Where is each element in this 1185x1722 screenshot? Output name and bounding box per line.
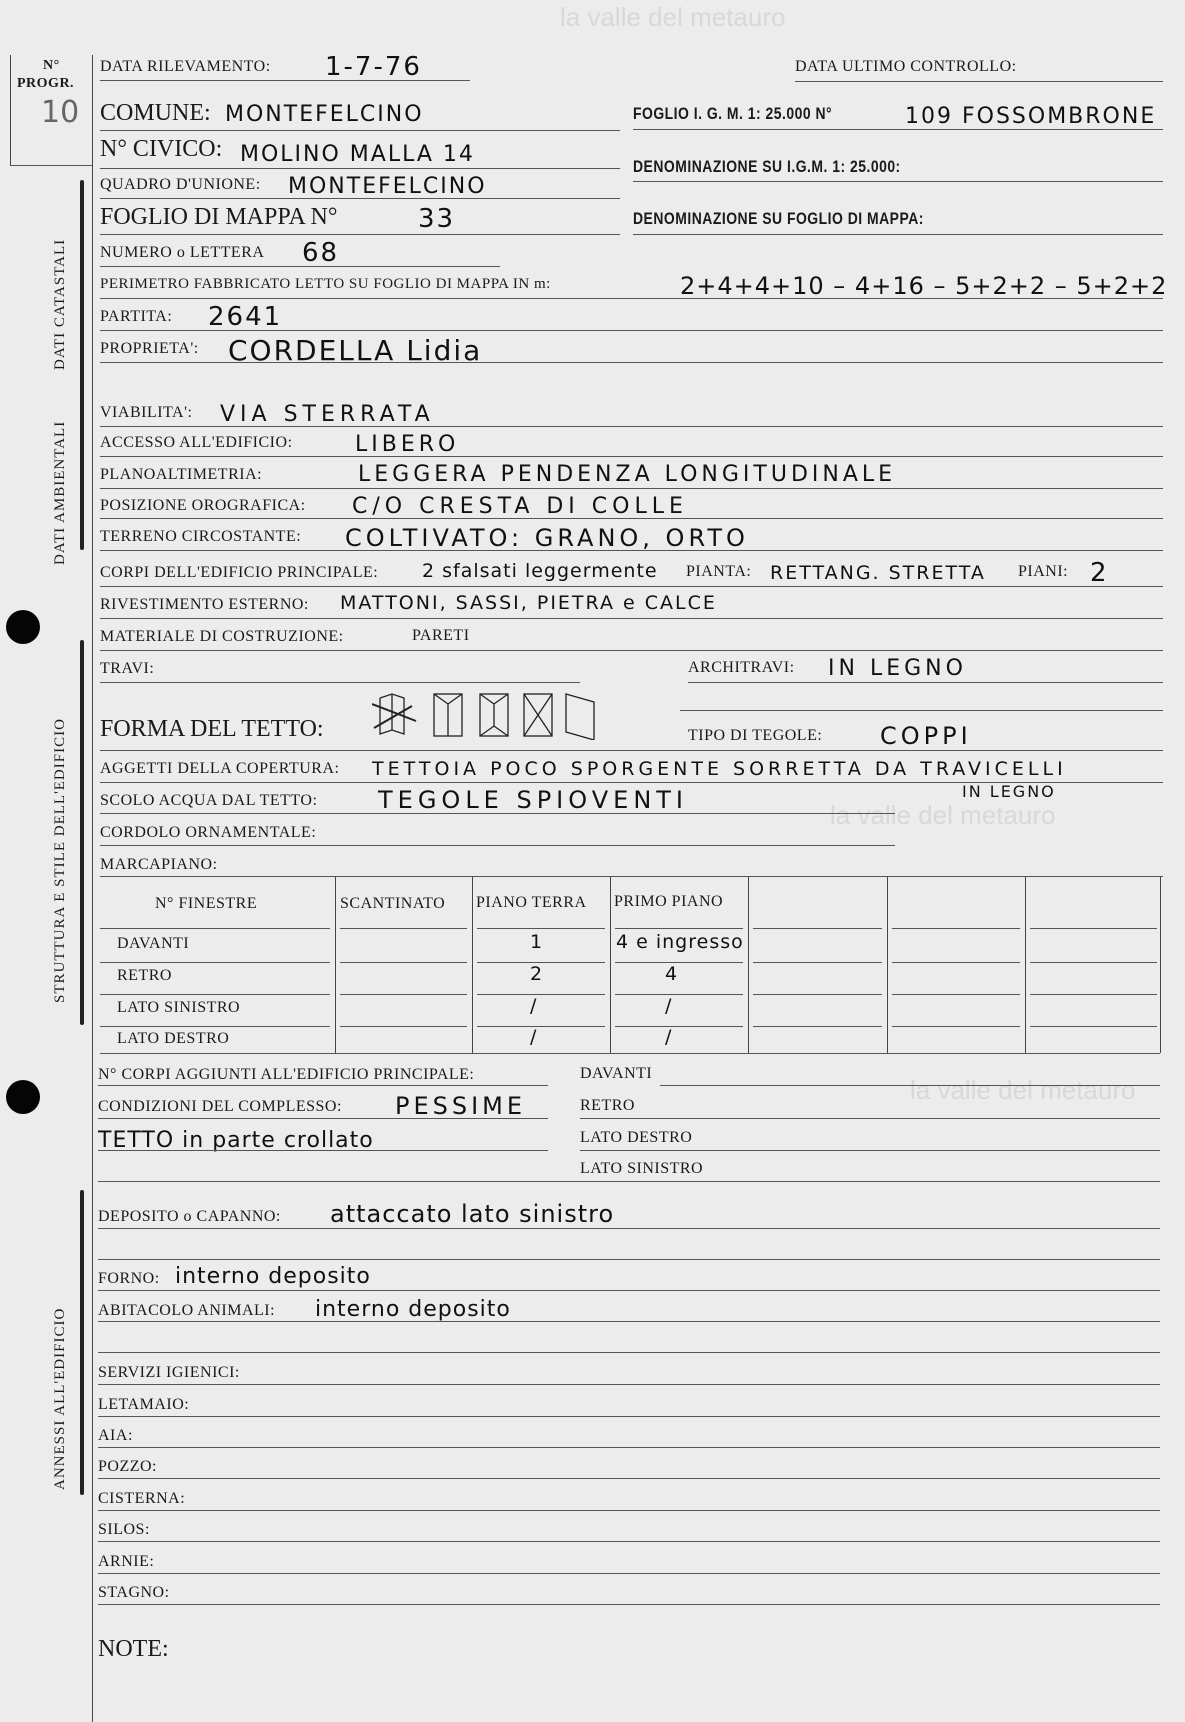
aia-label: AIA: bbox=[98, 1427, 133, 1445]
section-dati-catastali: DATI CATASTALI bbox=[52, 239, 69, 370]
underline bbox=[660, 1085, 1160, 1086]
gable-icon[interactable] bbox=[372, 694, 416, 734]
arnie-label: ARNIE: bbox=[98, 1553, 154, 1571]
corpi-aggiunti-label: N° CORPI AGGIUNTI ALL'EDIFICIO PRINCIPAL… bbox=[98, 1066, 474, 1084]
cell-primo-piano[interactable]: / bbox=[665, 995, 672, 1017]
underline bbox=[98, 1384, 1160, 1385]
table-rule bbox=[753, 962, 882, 963]
corpi-label: CORPI DELL'EDIFICIO PRINCIPALE: bbox=[100, 564, 378, 582]
table-rule bbox=[340, 962, 467, 963]
numero-value[interactable]: 68 bbox=[302, 238, 339, 268]
divider bbox=[10, 165, 92, 166]
underline bbox=[580, 1118, 1160, 1119]
pianta-value[interactable]: RETTANG. STRETTA bbox=[770, 562, 986, 584]
cell-primo-piano[interactable]: / bbox=[665, 1026, 672, 1048]
table-rule bbox=[477, 1026, 605, 1027]
underline bbox=[100, 168, 620, 169]
underline bbox=[100, 750, 1163, 751]
data-rilevamento-value[interactable]: 1-7-76 bbox=[325, 52, 422, 82]
underline bbox=[100, 488, 1163, 489]
underline bbox=[100, 198, 620, 199]
civico-value[interactable]: MOLINO MALLA 14 bbox=[240, 142, 475, 167]
cisterna-label: CISTERNA: bbox=[98, 1490, 185, 1508]
abitacolo-label: ABITACOLO ANIMALI: bbox=[98, 1302, 275, 1320]
data-ultimo-controllo-label: DATA ULTIMO CONTROLLO: bbox=[795, 58, 1017, 76]
corpi-retro-label: RETRO bbox=[580, 1097, 635, 1115]
piani-value[interactable]: 2 bbox=[1090, 558, 1109, 588]
table-rule bbox=[892, 928, 1020, 929]
cell-piano-terra[interactable]: / bbox=[530, 995, 537, 1017]
table-rule bbox=[753, 928, 882, 929]
watermark: la valle del metauro bbox=[560, 2, 785, 33]
underline bbox=[98, 1447, 1160, 1448]
aggetti-value-cont[interactable]: IN LEGNO bbox=[962, 782, 1056, 801]
table-rule bbox=[892, 1026, 1020, 1027]
underline bbox=[100, 234, 620, 235]
table-rule bbox=[1030, 928, 1157, 929]
servizi-label: SERVIZI IGIENICI: bbox=[98, 1364, 240, 1382]
materiale-label: MATERIALE DI COSTRUZIONE: bbox=[100, 628, 344, 646]
civico-label: N° CIVICO: bbox=[100, 136, 222, 163]
deposito-value[interactable]: attaccato lato sinistro bbox=[330, 1200, 614, 1228]
table-rule bbox=[892, 994, 1020, 995]
section-annessi: ANNESSI ALL'EDIFICIO bbox=[52, 1308, 69, 1490]
silos-label: SILOS: bbox=[98, 1521, 150, 1539]
cell-piano-terra[interactable]: 2 bbox=[530, 963, 543, 985]
row-label: RETRO bbox=[117, 967, 172, 985]
section-brace bbox=[80, 180, 84, 550]
underline bbox=[98, 1228, 1160, 1229]
underline bbox=[98, 1321, 1160, 1322]
underline bbox=[633, 129, 1163, 130]
accesso-value[interactable]: LIBERO bbox=[355, 432, 459, 457]
comune-value[interactable]: MONTEFELCINO bbox=[225, 102, 424, 127]
note-label: NOTE: bbox=[98, 1636, 169, 1663]
rivestimento-label: RIVESTIMENTO ESTERNO: bbox=[100, 596, 309, 614]
section-struttura: STRUTTURA E STILE DELL'EDIFICIO bbox=[52, 718, 69, 1003]
margin-rule bbox=[92, 55, 93, 1722]
hip-icon[interactable] bbox=[480, 694, 508, 736]
table-rule bbox=[892, 962, 1020, 963]
punch-hole bbox=[6, 1080, 40, 1114]
partita-label: PARTITA: bbox=[100, 308, 172, 326]
underline bbox=[98, 1416, 1160, 1417]
data-rilevamento-label: DATA RILEVAMENTO: bbox=[100, 58, 271, 76]
underline bbox=[633, 234, 1163, 235]
row-label: LATO DESTRO bbox=[117, 1030, 229, 1048]
quadro-label: QUADRO D'UNIONE: bbox=[100, 176, 261, 194]
cordolo-label: CORDOLO ORNAMENTALE: bbox=[100, 824, 316, 842]
progr-label: PROGR. bbox=[17, 76, 74, 92]
roof-shapes bbox=[372, 690, 602, 740]
table-rule bbox=[100, 1026, 330, 1027]
tipo-tegole-value[interactable]: COPPI bbox=[880, 722, 972, 750]
row-label: DAVANTI bbox=[117, 935, 189, 953]
abitacolo-value[interactable]: interno deposito bbox=[315, 1297, 511, 1322]
underline bbox=[795, 81, 1163, 82]
underline bbox=[98, 1150, 548, 1151]
accesso-label: ACCESSO ALL'EDIFICIO: bbox=[100, 434, 293, 452]
underline bbox=[100, 618, 1163, 619]
foglio-mappa-label: FOGLIO DI MAPPA N° bbox=[100, 204, 337, 231]
watermark: la valle del metauro bbox=[830, 800, 1055, 831]
section-dati-ambientali: DATI AMBIENTALI bbox=[52, 421, 69, 565]
underline bbox=[680, 710, 1163, 711]
underline bbox=[100, 298, 1163, 299]
progr-value[interactable]: 10 bbox=[41, 95, 79, 130]
corpi-lato-sinistro-label: LATO SINISTRO bbox=[580, 1160, 703, 1178]
table-header: PRIMO PIANO bbox=[614, 893, 723, 911]
underline bbox=[100, 362, 1163, 363]
scolo-value[interactable]: TEGOLE SPIOVENTI bbox=[378, 786, 688, 814]
table-rule bbox=[615, 962, 743, 963]
cell-piano-terra[interactable]: / bbox=[530, 1026, 537, 1048]
corpi-value[interactable]: 2 sfalsati leggermente bbox=[422, 560, 658, 582]
watermark: la valle del metauro bbox=[910, 1075, 1135, 1106]
underline bbox=[98, 1085, 548, 1086]
letamaio-label: LETAMAIO: bbox=[98, 1396, 189, 1414]
plano-value[interactable]: LEGGERA PENDENZA LONGITUDINALE bbox=[358, 462, 896, 487]
table-rule bbox=[477, 994, 605, 995]
underline bbox=[100, 518, 1163, 519]
underline bbox=[100, 586, 1163, 587]
underline bbox=[580, 1150, 1160, 1151]
underline bbox=[98, 1290, 1160, 1291]
underline bbox=[100, 682, 580, 683]
viabilita-label: VIABILITA': bbox=[100, 404, 192, 422]
punch-hole bbox=[6, 610, 40, 644]
posizione-label: POSIZIONE OROGRAFICA: bbox=[100, 497, 306, 515]
aggetti-value[interactable]: TETTOIA POCO SPORGENTE SORRETTA DA TRAVI… bbox=[372, 758, 1067, 780]
corpi-davanti-label: DAVANTI bbox=[580, 1065, 652, 1083]
tipo-tegole-label: TIPO DI TEGOLE: bbox=[688, 727, 822, 745]
stagno-label: STAGNO: bbox=[98, 1584, 170, 1602]
table-rule bbox=[1030, 994, 1157, 995]
corpi-lato-destro-label: LATO DESTRO bbox=[580, 1129, 692, 1147]
terreno-value[interactable]: COLTIVATO: GRANO, ORTO bbox=[345, 524, 749, 552]
underline bbox=[98, 1352, 1160, 1353]
row-label: LATO SINISTRO bbox=[117, 999, 240, 1017]
condizioni-value[interactable]: PESSIME bbox=[395, 1092, 526, 1120]
underline bbox=[98, 1573, 1160, 1574]
perimetro-label: PERIMETRO FABBRICATO LETTO SU FOGLIO DI … bbox=[100, 276, 551, 293]
pianta-label: PIANTA: bbox=[686, 563, 751, 581]
progr-box: N° PROGR. 10 bbox=[10, 55, 93, 165]
forno-label: FORNO: bbox=[98, 1270, 160, 1288]
cell-primo-piano[interactable]: 4 e ingresso bbox=[616, 931, 744, 953]
forma-tetto-label: FORMA DEL TETTO: bbox=[100, 716, 324, 743]
underline bbox=[100, 876, 1163, 877]
posizione-value[interactable]: C/O CRESTA DI COLLE bbox=[352, 494, 688, 519]
underline bbox=[98, 1478, 1160, 1479]
underline bbox=[98, 1118, 548, 1119]
underline bbox=[98, 1181, 1160, 1182]
table-header: N° FINESTRE bbox=[155, 895, 257, 913]
table-rule bbox=[753, 994, 882, 995]
cell-piano-terra[interactable]: 1 bbox=[530, 931, 543, 953]
underline bbox=[100, 813, 895, 814]
pozzo-label: POZZO: bbox=[98, 1458, 157, 1476]
denom-igm-label: DENOMINAZIONE SU I.G.M. 1: 25.000: bbox=[633, 157, 901, 177]
table-rule bbox=[100, 994, 330, 995]
underline bbox=[100, 330, 1163, 331]
foglio-igm-label: FOGLIO I. G. M. 1: 25.000 N° bbox=[633, 104, 832, 124]
section-brace bbox=[80, 1190, 84, 1495]
underline bbox=[100, 80, 470, 81]
underline bbox=[633, 181, 1163, 182]
table-rule bbox=[477, 928, 605, 929]
underline bbox=[100, 845, 895, 846]
pyramid-icon[interactable] bbox=[524, 694, 552, 736]
table-rule bbox=[340, 994, 467, 995]
underline bbox=[100, 426, 1163, 427]
shed-icon[interactable] bbox=[566, 694, 594, 740]
cell-primo-piano[interactable]: 4 bbox=[665, 963, 678, 985]
section-brace bbox=[80, 640, 84, 1025]
underline bbox=[100, 266, 500, 267]
scolo-label: SCOLO ACQUA DAL TETTO: bbox=[100, 792, 317, 810]
materiale-sub-label: PARETI bbox=[412, 627, 470, 645]
marcapiano-label: MARCAPIANO: bbox=[100, 856, 218, 874]
travi-label: TRAVI: bbox=[100, 660, 154, 678]
table-rule bbox=[100, 928, 330, 929]
underline bbox=[688, 682, 1163, 683]
underline bbox=[100, 550, 1163, 551]
table-header: SCANTINATO bbox=[340, 895, 445, 913]
deposito-label: DEPOSITO o CAPANNO: bbox=[98, 1208, 281, 1226]
foglio-mappa-value[interactable]: 33 bbox=[418, 204, 455, 234]
terreno-label: TERRENO CIRCOSTANTE: bbox=[100, 528, 301, 546]
table-rule bbox=[615, 1026, 743, 1027]
underline bbox=[98, 1604, 1160, 1605]
proprieta-label: PROPRIETA': bbox=[100, 340, 199, 358]
piani-label: PIANI: bbox=[1018, 563, 1068, 581]
progr-label: N° bbox=[43, 58, 60, 74]
underline bbox=[100, 456, 1163, 457]
table-header: PIANO TERRA bbox=[476, 894, 587, 912]
aggetti-label: AGGETTI DELLA COPERTURA: bbox=[100, 760, 339, 778]
table-rule bbox=[615, 928, 743, 929]
comune-label: COMUNE: bbox=[100, 100, 211, 127]
table-rule bbox=[615, 994, 743, 995]
perimetro-value[interactable]: 2+4+4+10 – 4+16 – 5+2+2 – 5+2+2 bbox=[680, 272, 1167, 300]
viabilita-value[interactable]: VIA STERRATA bbox=[220, 402, 435, 427]
table-rule bbox=[100, 962, 330, 963]
architravi-label: ARCHITRAVI: bbox=[688, 659, 795, 677]
quadro-value[interactable]: MONTEFELCINO bbox=[288, 174, 487, 199]
table-rule bbox=[1030, 962, 1157, 963]
underline bbox=[98, 1541, 1160, 1542]
underline bbox=[98, 1510, 1160, 1511]
denom-mappa-label: DENOMINAZIONE SU FOGLIO DI MAPPA: bbox=[633, 209, 924, 229]
partita-value[interactable]: 2641 bbox=[208, 302, 282, 332]
plano-label: PLANOALTIMETRIA: bbox=[100, 466, 262, 484]
table-rule bbox=[753, 1026, 882, 1027]
foglio-igm-value[interactable]: 109 FOSSOMBRONE bbox=[905, 104, 1156, 129]
table-rule bbox=[1030, 1026, 1157, 1027]
underline bbox=[98, 1259, 1160, 1260]
table-rule bbox=[340, 1026, 467, 1027]
architravi-value[interactable]: IN LEGNO bbox=[828, 656, 967, 681]
rivestimento-value[interactable]: MATTONI, SASSI, PIETRA e CALCE bbox=[340, 592, 717, 614]
hip-gable-icon[interactable] bbox=[434, 694, 462, 736]
underline bbox=[100, 130, 620, 131]
forno-value[interactable]: interno deposito bbox=[175, 1264, 371, 1289]
condizioni-label: CONDIZIONI DEL COMPLESSO: bbox=[98, 1098, 342, 1116]
underline bbox=[100, 650, 1163, 651]
numero-label: NUMERO o LETTERA bbox=[100, 244, 264, 262]
table-rule bbox=[340, 928, 467, 929]
